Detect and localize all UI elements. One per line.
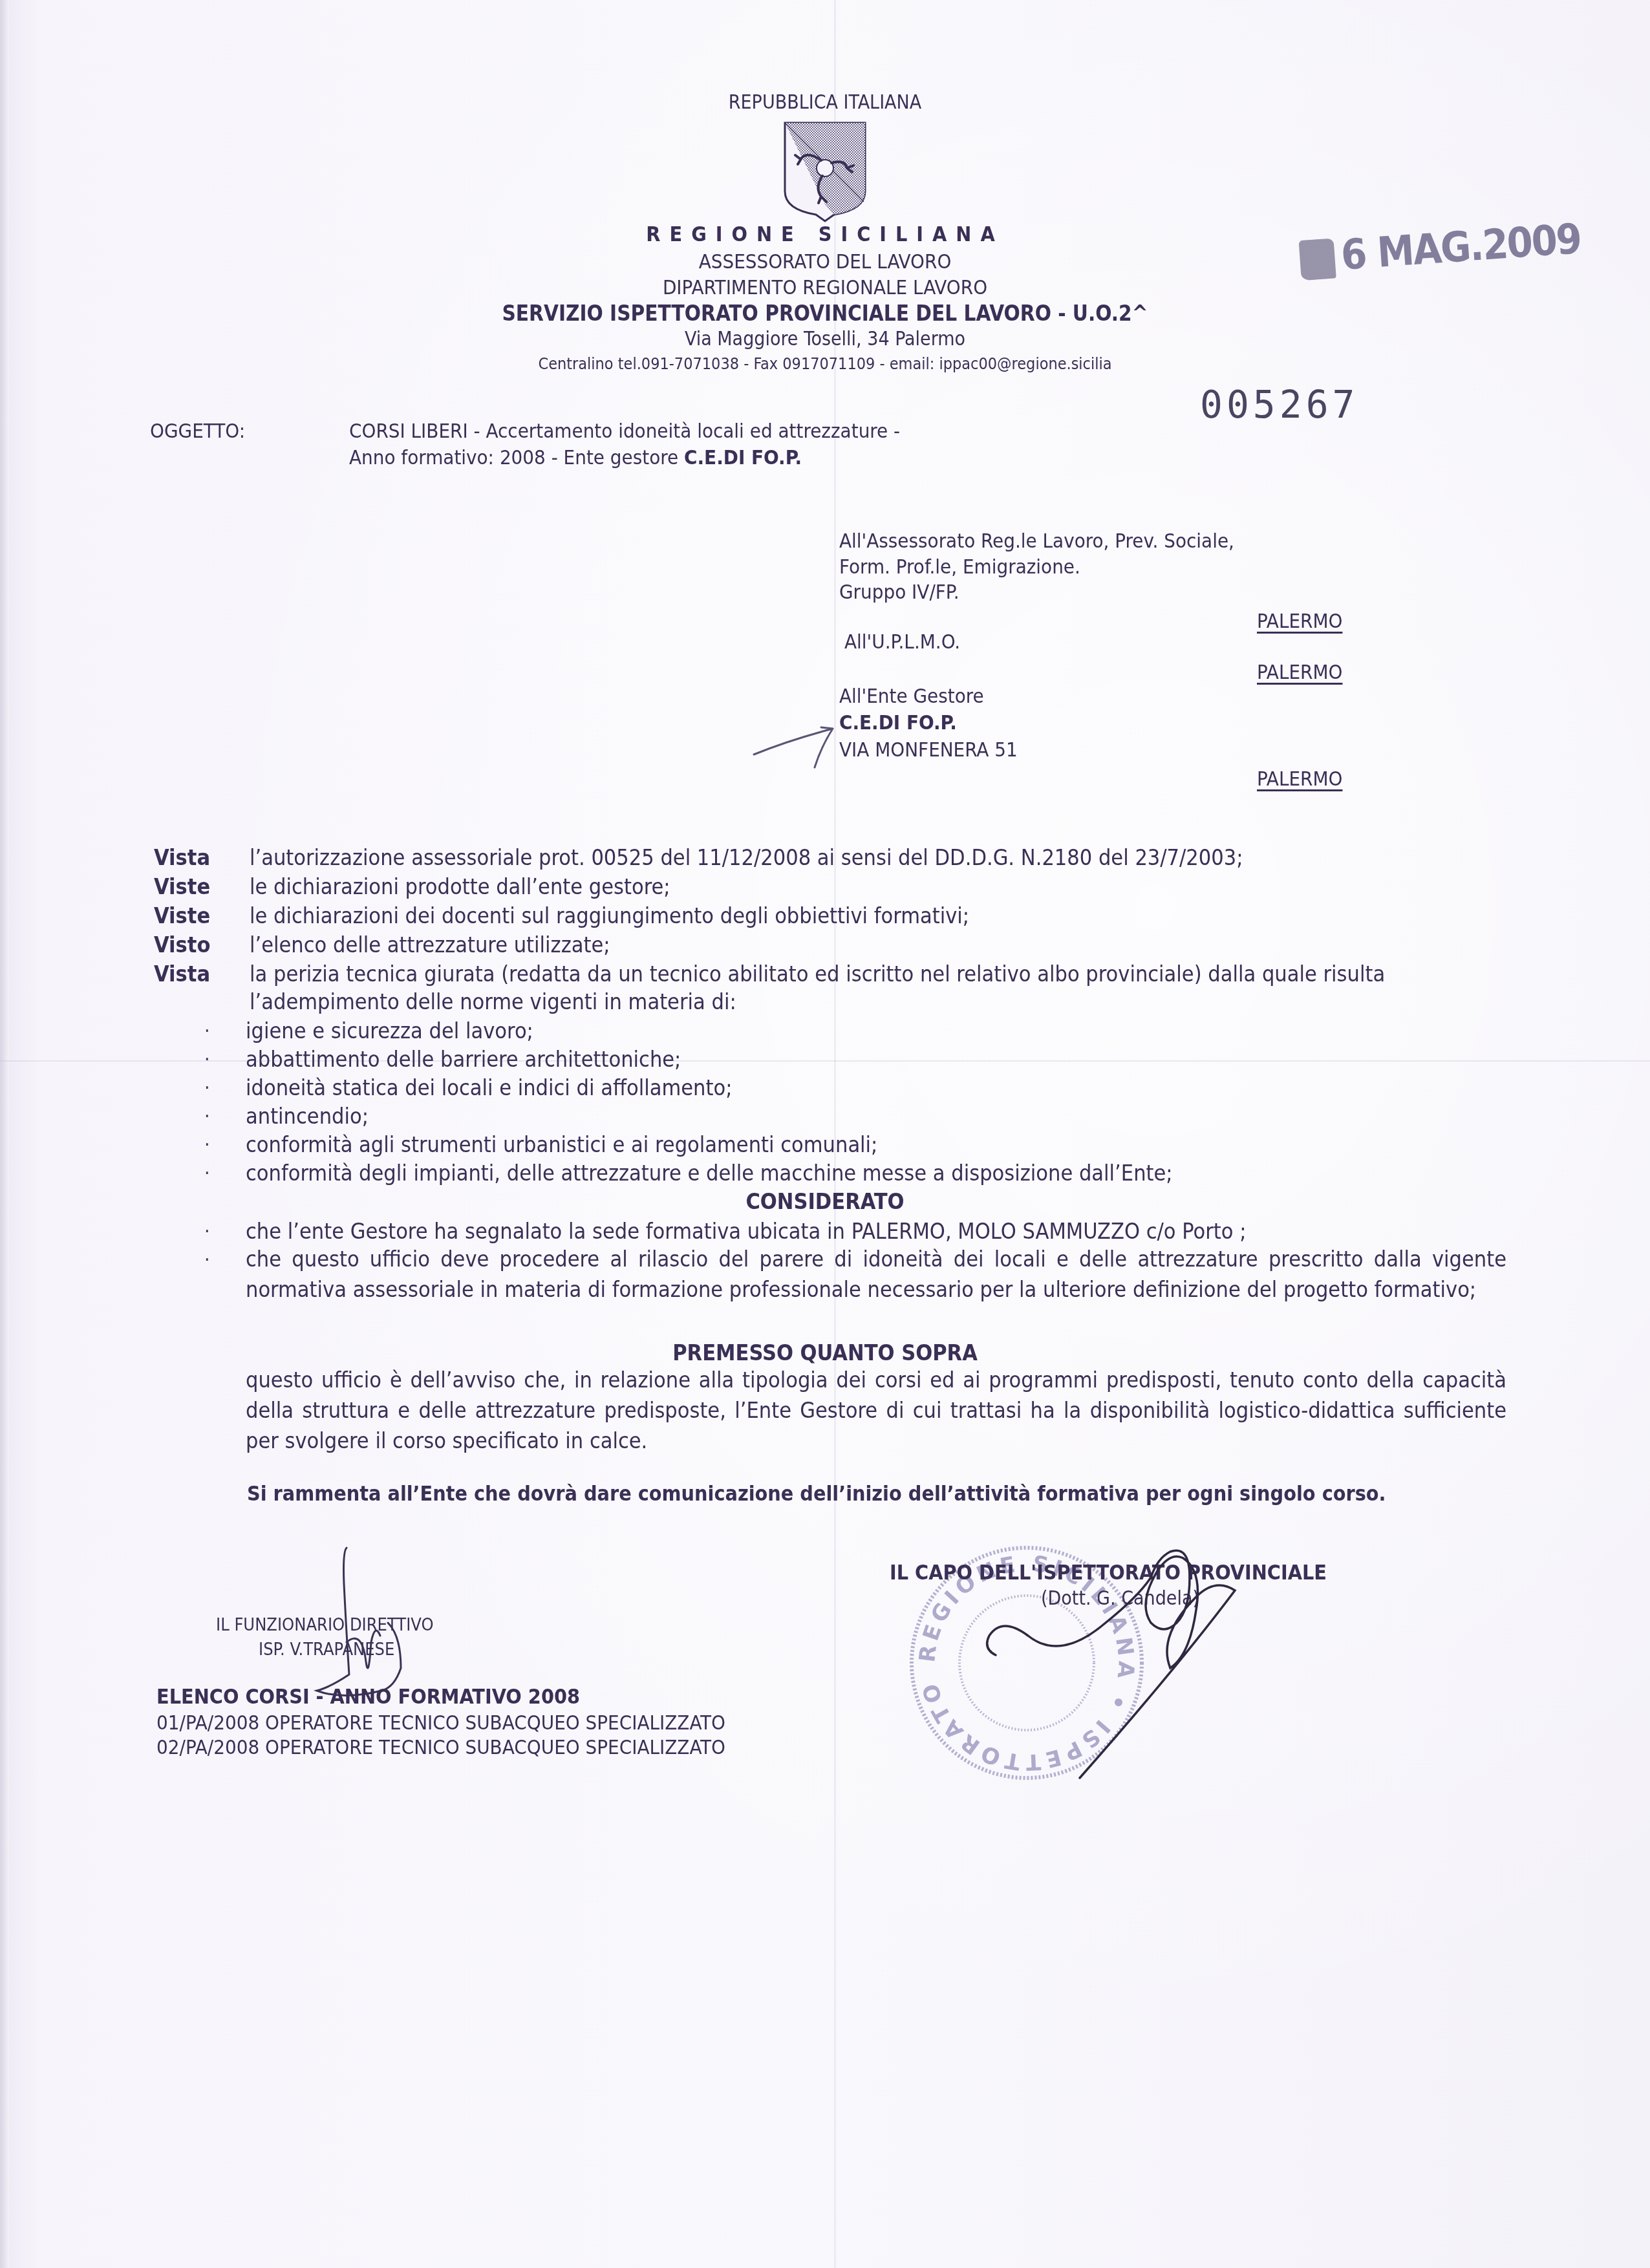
norm-item: conformità degli impianti, delle attrezz…	[246, 1162, 1173, 1184]
bullet-icon: ·	[204, 1249, 210, 1272]
premise-label: Vista	[154, 847, 210, 869]
subject-entity: C.E.DI FO.P.	[684, 446, 802, 469]
office-contacts: Centralino tel.091-7071038 - Fax 0917071…	[0, 356, 1650, 372]
premise-text: l’autorizzazione assessoriale prot. 0052…	[250, 847, 1243, 869]
premise-text: l’elenco delle attrezzature utilizzate;	[250, 934, 610, 956]
recipient-3-line-3: VIA MONFENERA 51	[839, 740, 1018, 760]
considerato-item: che l’ente Gestore ha segnalato la sede …	[246, 1221, 1246, 1243]
trinacria-crest-icon	[782, 120, 868, 222]
republic-heading: REPUBBLICA ITALIANA	[0, 93, 1650, 112]
course-list-heading: ELENCO CORSI - ANNO FORMATIVO 2008	[156, 1686, 580, 1707]
norm-item: idoneità statica dei locali e indici di …	[246, 1077, 732, 1099]
norm-item: conformità agli strumenti urbanistici e …	[246, 1134, 877, 1156]
bullet-icon: ·	[204, 1049, 210, 1071]
ink-smudge	[1299, 239, 1336, 281]
considerato-heading: CONSIDERATO	[0, 1191, 1650, 1213]
scanned-letter-page: REPUBBLICA ITALIANA REGIONE SICILIANA AS…	[0, 0, 1650, 2268]
premise-label: Viste	[154, 876, 210, 898]
recipient-3-city: PALERMO	[1257, 769, 1342, 789]
course-item: 02/PA/2008 OPERATORE TECNICO SUBACQUEO S…	[156, 1738, 725, 1758]
premise-label: Viste	[154, 905, 210, 927]
office-address: Via Maggiore Toselli, 34 Palermo	[0, 330, 1650, 349]
considerato-item: che questo ufficio deve procedere al ril…	[246, 1245, 1506, 1305]
premise-label: Visto	[154, 934, 210, 956]
recipient-3-line-2: C.E.DI FO.P.	[839, 713, 957, 733]
subject-line-1: CORSI LIBERI - Accertamento idoneità loc…	[349, 422, 900, 442]
premise-text: le dichiarazioni prodotte dall’ente gest…	[250, 876, 670, 898]
bullet-icon: ·	[204, 1221, 210, 1243]
subject-year: Anno formativo: 2008 - Ente gestore	[349, 446, 684, 469]
servizio-heading: SERVIZIO ISPETTORATO PROVINCIALE DEL LAV…	[0, 303, 1650, 324]
chief-signature-icon	[983, 1539, 1254, 1784]
bullet-icon: ·	[204, 1134, 210, 1157]
bullet-icon: ·	[204, 1106, 210, 1128]
dipartimento-heading: DIPARTIMENTO REGIONALE LAVORO	[0, 278, 1650, 298]
recipient-1-line-3: Gruppo IV/FP.	[839, 583, 959, 603]
premesso-paragraph: questo ufficio è dell’avviso che, in rel…	[246, 1365, 1506, 1457]
director-signature-icon	[304, 1545, 459, 1700]
recipient-2-city: PALERMO	[1257, 663, 1342, 683]
subject-label: OGGETTO:	[150, 422, 245, 442]
recipient-2-line-1: All'U.P.L.M.O.	[844, 632, 960, 652]
course-item: 01/PA/2008 OPERATORE TECNICO SUBACQUEO S…	[156, 1713, 725, 1733]
premise-text: la perizia tecnica giurata (redatta da u…	[250, 963, 1385, 985]
bullet-icon: ·	[204, 1077, 210, 1100]
norm-item: igiene e sicurezza del lavoro;	[246, 1020, 533, 1042]
bullet-icon: ·	[204, 1020, 210, 1043]
premesso-heading: PREMESSO QUANTO SOPRA	[0, 1342, 1650, 1364]
premise-text: le dichiarazioni dei docenti sul raggiun…	[250, 905, 969, 927]
subject-line-2: Anno formativo: 2008 - Ente gestore C.E.…	[349, 448, 802, 468]
norm-item: antincendio;	[246, 1106, 369, 1128]
recipient-1-line-1: All'Assessorato Reg.le Lavoro, Prev. Soc…	[839, 531, 1234, 551]
reminder-note: Si rammenta all’Ente che dovrà dare comu…	[247, 1483, 1386, 1504]
premise-label: Vista	[154, 963, 210, 985]
recipient-1-line-2: Form. Prof.le, Emigrazione.	[839, 557, 1080, 577]
premise-continuation: l’adempimento delle norme vigenti in mat…	[250, 991, 736, 1013]
recipient-1-city: PALERMO	[1257, 612, 1342, 632]
protocol-number: 005267	[1200, 383, 1359, 427]
norm-item: abbattimento delle barriere architettoni…	[246, 1049, 681, 1071]
hand-drawn-arrow-icon	[750, 721, 847, 773]
recipient-3-line-1: All'Ente Gestore	[839, 687, 984, 707]
bullet-icon: ·	[204, 1162, 210, 1185]
